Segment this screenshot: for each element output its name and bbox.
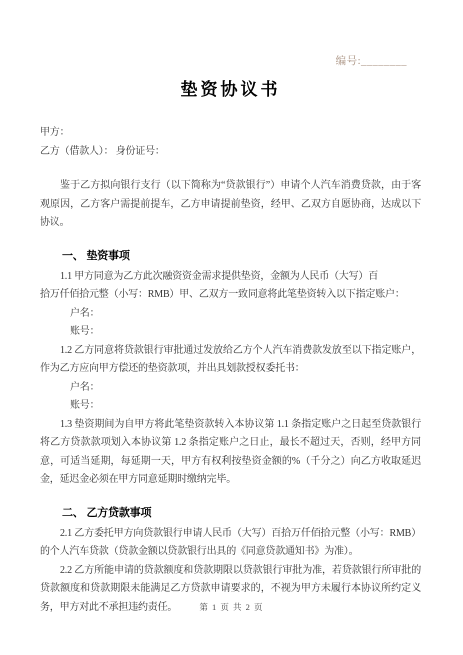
account-2-name-field: 户名： — [40, 379, 421, 398]
clause-1-1: 1.1 甲方同意为乙方此次融资资金需求提供垫资，金额为人民币（大写）百 拾万仟佰… — [40, 268, 421, 305]
party-b-line: 乙方（借款人）： 身份证号： — [40, 142, 421, 161]
clause-2-1: 2.1 乙方委托甲方向贷款银行申请人民币（大写）百拾万仟佰拾元整（小写：RMB）… — [40, 525, 421, 562]
preamble-paragraph: 鉴于乙方拟向银行支行（以下简称为“贷款银行”）申请个人汽车消费贷款，由于客观原因… — [40, 177, 421, 233]
page-number-footer: 第 1 页 共 2 页 — [0, 601, 463, 613]
clause-1-2: 1.2 乙方同意将贷款银行审批通过发放给乙方个人汽车消费款发放至以下指定账户，作… — [40, 342, 421, 379]
document-page: 编号:________ 垫资协议书 甲方： 乙方（借款人）： 身份证号： 鉴于乙… — [0, 0, 463, 655]
document-title: 垫资协议书 — [40, 79, 421, 101]
clause-1-3: 1.3 垫资期间为自甲方将此笔垫资款转入本协议第 1.1 条指定账户之日起至贷款… — [40, 416, 421, 490]
account-1-number-field: 账号： — [40, 323, 421, 342]
parties-block: 甲方： 乙方（借款人）： 身份证号： — [40, 123, 421, 161]
section-one-heading: 一、 垫资事项 — [40, 249, 421, 264]
account-1-name-field: 户名： — [40, 305, 421, 324]
account-2-number-field: 账号： — [40, 397, 421, 416]
document-serial-number: 编号:________ — [40, 55, 421, 69]
section-advance-funding: 一、 垫资事项 1.1 甲方同意为乙方此次融资资金需求提供垫资，金额为人民币（大… — [40, 249, 421, 490]
party-a-line: 甲方： — [40, 123, 421, 142]
section-two-heading: 二、 乙方贷款事项 — [40, 506, 421, 521]
